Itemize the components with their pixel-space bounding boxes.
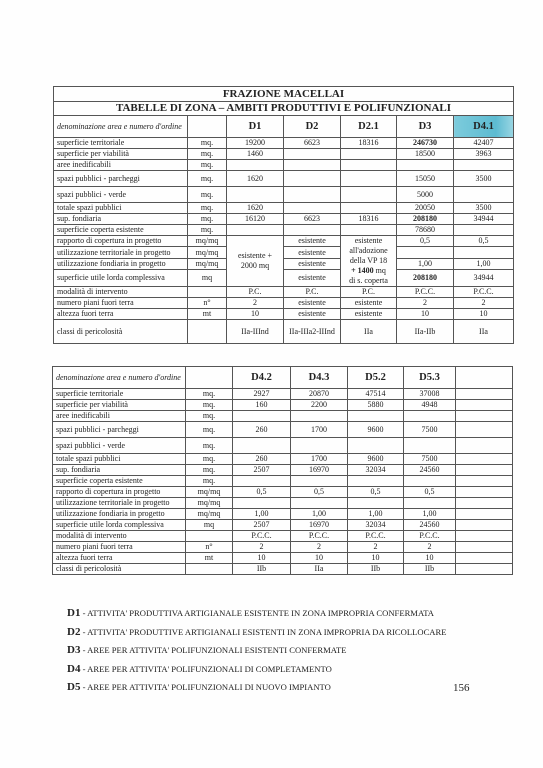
cell-d5-3 [404, 411, 456, 422]
cell-d1 [227, 160, 284, 171]
row-label: modalità di intervento [54, 287, 188, 298]
table-row-classi-di-pericolosit: classi di pericolositàIIa-IIIndIIa-IIIa2… [54, 320, 514, 344]
cell-d5-2: 9600 [348, 422, 404, 438]
table-row-superficie-coperta-esistente: superficie coperta esistentemq.78680 [54, 225, 514, 236]
cell-d4-2: IIb [233, 564, 291, 575]
zone-legend: D1 - ATTIVITA' PRODUTTIVA ARTIGIANALE ES… [67, 604, 447, 697]
cell-d3 [397, 247, 454, 258]
cell-d5-2: 2 [348, 542, 404, 553]
legend-code: D1 [67, 607, 80, 619]
column-header-d4-3: D4.3 [291, 367, 348, 389]
cell-d5-2: 1,00 [348, 509, 404, 520]
row-unit [186, 531, 233, 542]
cell-empty [456, 520, 513, 531]
cell-d2: esistente [284, 258, 341, 269]
cell-d1: 2 [227, 298, 284, 309]
zone-table-2: denominazione area e numero d'ordine D4.… [52, 366, 513, 575]
row-label: sup. fondiaria [53, 465, 186, 476]
row-unit: mq/mq [188, 247, 227, 258]
cell-d4-1: IIa [454, 320, 514, 344]
row-unit: mq [188, 270, 227, 287]
cell-d4-2: 260 [233, 454, 291, 465]
merged-cell-d2-1: esistenteall'adozionedella VP 18+ 1400 m… [341, 236, 397, 287]
row-unit [188, 320, 227, 344]
row-unit: mt [186, 553, 233, 564]
cell-empty [456, 542, 513, 553]
cell-d2 [284, 187, 341, 203]
row-label: altezza fuori terra [53, 553, 186, 564]
column-header-d2-1: D2.1 [341, 116, 397, 138]
cell-d5-2 [348, 498, 404, 509]
table-row-superficie-territoriale: superficie territorialemq.19200662318316… [54, 138, 514, 149]
column-header-d2: D2 [284, 116, 341, 138]
cell-d3: 5000 [397, 187, 454, 203]
row-label: altezza fuori terra [54, 309, 188, 320]
legend-item-d3: D3 - AREE PER ATTIVITA' POLIFUNZIONALI E… [67, 641, 447, 660]
row-unit: mq. [188, 225, 227, 236]
cell-empty [456, 389, 513, 400]
cell-empty [456, 531, 513, 542]
table-row-altezza-fuori-terra: altezza fuori terramt10esistenteesistent… [54, 309, 514, 320]
column-header-label: denominazione area e numero d'ordine [53, 367, 186, 389]
cell-d5-3 [404, 498, 456, 509]
cell-d2-1 [341, 171, 397, 187]
cell-d4-3: 10 [291, 553, 348, 564]
cell-d5-2: 32034 [348, 520, 404, 531]
cell-d3: 208180 [397, 270, 454, 287]
cell-d5-2: 5880 [348, 400, 404, 411]
cell-d4-2: 2507 [233, 520, 291, 531]
legend-code: D3 [67, 644, 80, 656]
cell-d2 [284, 160, 341, 171]
cell-d4-1: 42407 [454, 138, 514, 149]
cell-d4-3: 0,5 [291, 487, 348, 498]
cell-empty [456, 476, 513, 487]
row-label: spazi pubblici - parcheggi [54, 171, 188, 187]
column-header-d4-1: D4.1 [454, 116, 514, 138]
row-label: numero piani fuori terra [54, 298, 188, 309]
cell-d5-3: 24560 [404, 465, 456, 476]
cell-d5-3: 0,5 [404, 487, 456, 498]
cell-d2-1 [341, 160, 397, 171]
table-row-modalit-di-intervento: modalità di interventoP.C.P.C.P.C.P.C.C.… [54, 287, 514, 298]
cell-d2 [284, 203, 341, 214]
cell-d2-1 [341, 203, 397, 214]
cell-d2-1 [341, 149, 397, 160]
row-label: spazi pubblici - verde [54, 187, 188, 203]
cell-d2: esistente [284, 236, 341, 247]
cell-d3: 78680 [397, 225, 454, 236]
column-header-empty [456, 367, 513, 389]
cell-d2: esistente [284, 298, 341, 309]
row-label: numero piani fuori terra [53, 542, 186, 553]
cell-d2-1: 18316 [341, 214, 397, 225]
cell-d3: 246730 [397, 138, 454, 149]
table-row-aree-inedificabili: aree inedificabilimq. [53, 411, 513, 422]
cell-empty [456, 509, 513, 520]
table-row-superficie-coperta-esistente: superficie coperta esistentemq. [53, 476, 513, 487]
cell-d4-2: 260 [233, 422, 291, 438]
cell-d3: 0,5 [397, 236, 454, 247]
cell-d2: P.C. [284, 287, 341, 298]
row-unit: mq. [186, 400, 233, 411]
legend-code: D4 [67, 663, 80, 675]
cell-d3: 2 [397, 298, 454, 309]
cell-d4-3: 2 [291, 542, 348, 553]
cell-d3: 15050 [397, 171, 454, 187]
cell-d4-2 [233, 411, 291, 422]
table-row-sup-fondiaria: sup. fondiariamq.2507169703203424560 [53, 465, 513, 476]
cell-d4-3: 20870 [291, 389, 348, 400]
cell-d4-1: 34944 [454, 270, 514, 287]
table-row-sup-fondiaria: sup. fondiariamq.16120662318316208180349… [54, 214, 514, 225]
cell-d3: 1,00 [397, 258, 454, 269]
cell-empty [456, 498, 513, 509]
cell-empty [456, 454, 513, 465]
cell-d5-2: 10 [348, 553, 404, 564]
cell-d2-1: 18316 [341, 138, 397, 149]
row-unit: mq. [186, 465, 233, 476]
cell-empty [456, 400, 513, 411]
row-unit: mq. [188, 160, 227, 171]
cell-d4-3 [291, 498, 348, 509]
column-header-d5-3: D5.3 [404, 367, 456, 389]
row-label: totale spazi pubblici [54, 203, 188, 214]
document-title: FRAZIONE MACELLAI [54, 87, 514, 102]
document-page: FRAZIONE MACELLAI TABELLE DI ZONA – AMBI… [0, 0, 543, 768]
table-row-utilizzazione-fondiaria-in-progetto: utilizzazione fondiaria in progettomq/mq… [53, 509, 513, 520]
cell-d1: 1460 [227, 149, 284, 160]
table-row-numero-piani-fuori-terra: numero piani fuori terran°2esistenteesis… [54, 298, 514, 309]
cell-d4-3: 16970 [291, 465, 348, 476]
row-label: aree inedificabili [53, 411, 186, 422]
column-header-d4-2: D4.2 [233, 367, 291, 389]
table-row-totale-spazi-pubblici: totale spazi pubblicimq.1620200503500 [54, 203, 514, 214]
cell-d1: 10 [227, 309, 284, 320]
row-label: modalità di intervento [53, 531, 186, 542]
cell-d2-1 [341, 187, 397, 203]
cell-d2: esistente [284, 247, 341, 258]
cell-d4-3: P.C.C. [291, 531, 348, 542]
merged-line: della VP 18 [343, 256, 394, 266]
cell-empty [456, 564, 513, 575]
cell-d5-3: P.C.C. [404, 531, 456, 542]
row-unit: mq/mq [186, 509, 233, 520]
row-unit: mq. [188, 171, 227, 187]
cell-d2-1: IIa [341, 320, 397, 344]
cell-d4-1: 34944 [454, 214, 514, 225]
row-unit: mq/mq [186, 498, 233, 509]
cell-d4-3 [291, 476, 348, 487]
table-row-utilizzazione-fondiaria-in-progetto: utilizzazione fondiaria in progettomq/mq… [54, 258, 514, 269]
row-unit: mq. [186, 438, 233, 454]
legend-text: - ATTIVITA' PRODUTTIVA ARTIGIANALE ESIST… [80, 608, 434, 618]
row-label: classi di pericolosità [53, 564, 186, 575]
cell-d4-2 [233, 498, 291, 509]
cell-d4-2: 2927 [233, 389, 291, 400]
legend-text: - AREE PER ATTIVITA' POLIFUNZIONALI DI N… [80, 682, 330, 692]
cell-d5-3 [404, 438, 456, 454]
cell-d4-2: 2507 [233, 465, 291, 476]
cell-d3: 208180 [397, 214, 454, 225]
cell-d4-3: 2200 [291, 400, 348, 411]
table-row-superficie-per-viabilit: superficie per viabilitàmq.1602200588049… [53, 400, 513, 411]
table-row-superficie-territoriale: superficie territorialemq.29272087047514… [53, 389, 513, 400]
row-unit: n° [188, 298, 227, 309]
table-row-spazi-pubblici-verde: spazi pubblici - verdemq. [53, 438, 513, 454]
cell-d5-3: 7500 [404, 422, 456, 438]
cell-d4-1: 3500 [454, 171, 514, 187]
cell-d5-3 [404, 476, 456, 487]
cell-empty [456, 422, 513, 438]
cell-d4-1 [454, 187, 514, 203]
column-header-label: denominazione area e numero d'ordine [54, 116, 188, 138]
row-label: superficie utile lorda complessiva [53, 520, 186, 531]
cell-d4-1 [454, 225, 514, 236]
row-label: rapporto di copertura in progetto [53, 487, 186, 498]
cell-d4-3: 1700 [291, 454, 348, 465]
cell-d1 [227, 225, 284, 236]
row-label: utilizzazione territoriale in progetto [53, 498, 186, 509]
merged-line: + 1400 mq [343, 266, 394, 276]
cell-d4-1: 10 [454, 309, 514, 320]
row-label: superficie coperta esistente [54, 225, 188, 236]
merged-line: di s. coperta [343, 276, 394, 286]
cell-d2 [284, 171, 341, 187]
cell-d4-1 [454, 247, 514, 258]
cell-d5-2: P.C.C. [348, 531, 404, 542]
table-row-aree-inedificabili: aree inedificabilimq. [54, 160, 514, 171]
cell-d4-3: 1700 [291, 422, 348, 438]
cell-d4-3: 1,00 [291, 509, 348, 520]
cell-d5-2: 32034 [348, 465, 404, 476]
row-label: superficie per viabilità [53, 400, 186, 411]
cell-d3: IIa-IIb [397, 320, 454, 344]
cell-d4-3 [291, 411, 348, 422]
legend-code: D2 [67, 626, 80, 638]
cell-empty [456, 411, 513, 422]
row-label: superficie per viabilità [54, 149, 188, 160]
row-label: utilizzazione fondiaria in progetto [53, 509, 186, 520]
cell-d2-1: esistente [341, 309, 397, 320]
cell-d1: 1620 [227, 171, 284, 187]
cell-d5-2 [348, 476, 404, 487]
merged-cell-d1: esistente + 2000 mq [227, 236, 284, 287]
cell-d3: 10 [397, 309, 454, 320]
cell-d5-3: 4948 [404, 400, 456, 411]
cell-d4-2: 160 [233, 400, 291, 411]
cell-d4-1: P.C.C. [454, 287, 514, 298]
cell-d4-1: 2 [454, 298, 514, 309]
row-unit: mq. [186, 422, 233, 438]
row-label: totale spazi pubblici [53, 454, 186, 465]
legend-item-d1: D1 - ATTIVITA' PRODUTTIVA ARTIGIANALE ES… [67, 604, 447, 623]
cell-d5-3: 2 [404, 542, 456, 553]
legend-item-d2: D2 - ATTIVITA' PRODUTTIVE ARTIGIANALI ES… [67, 623, 447, 642]
table-row-rapporto-di-copertura-in-progetto: rapporto di copertura in progettomq/mqes… [54, 236, 514, 247]
cell-d4-2: P.C.C. [233, 531, 291, 542]
cell-d1: 1620 [227, 203, 284, 214]
cell-d2: esistente [284, 270, 341, 287]
cell-d4-2 [233, 476, 291, 487]
row-label: superficie coperta esistente [53, 476, 186, 487]
row-unit: mq. [186, 389, 233, 400]
table-row-altezza-fuori-terra: altezza fuori terramt10101010 [53, 553, 513, 564]
cell-d3: 20050 [397, 203, 454, 214]
cell-d3: 18500 [397, 149, 454, 160]
cell-d4-2: 10 [233, 553, 291, 564]
cell-d4-3: IIa [291, 564, 348, 575]
merged-line: esistente [343, 236, 394, 246]
cell-d2-1: P.C. [341, 287, 397, 298]
cell-d2-1 [341, 225, 397, 236]
row-unit: mq/mq [188, 236, 227, 247]
cell-d5-3: 24560 [404, 520, 456, 531]
cell-d4-2: 0,5 [233, 487, 291, 498]
cell-d2 [284, 149, 341, 160]
page-number: 156 [453, 682, 470, 694]
table-row-spazi-pubblici-verde: spazi pubblici - verdemq.5000 [54, 187, 514, 203]
row-label: spazi pubblici - parcheggi [53, 422, 186, 438]
row-label: utilizzazione fondiaria in progetto [54, 258, 188, 269]
row-unit: mq [186, 520, 233, 531]
cell-d5-3: 1,00 [404, 509, 456, 520]
cell-d1: P.C. [227, 287, 284, 298]
cell-d4-1 [454, 160, 514, 171]
cell-d4-2: 1,00 [233, 509, 291, 520]
cell-d2: esistente [284, 309, 341, 320]
cell-d2: 6623 [284, 138, 341, 149]
cell-d3: P.C.C. [397, 287, 454, 298]
legend-text: - ATTIVITA' PRODUTTIVE ARTIGIANALI ESIST… [80, 627, 446, 637]
cell-d4-1: 0,5 [454, 236, 514, 247]
row-unit: mq. [188, 149, 227, 160]
row-unit: mt [188, 309, 227, 320]
row-label: sup. fondiaria [54, 214, 188, 225]
cell-d4-2 [233, 438, 291, 454]
table-row-utilizzazione-territoriale-in-progetto: utilizzazione territoriale in progettomq… [54, 247, 514, 258]
row-label: superficie territoriale [54, 138, 188, 149]
legend-item-d4: D4 - AREE PER ATTIVITA' POLIFUNZIONALI D… [67, 660, 447, 679]
cell-d5-2: 9600 [348, 454, 404, 465]
row-unit: mq/mq [186, 487, 233, 498]
column-header-d1: D1 [227, 116, 284, 138]
row-label: superficie territoriale [53, 389, 186, 400]
legend-text: - AREE PER ATTIVITA' POLIFUNZIONALI ESIS… [80, 645, 346, 655]
cell-d5-2 [348, 411, 404, 422]
row-unit [186, 564, 233, 575]
row-label: spazi pubblici - verde [53, 438, 186, 454]
column-header-unit [188, 116, 227, 138]
cell-empty [456, 487, 513, 498]
cell-d5-3: IIb [404, 564, 456, 575]
cell-d4-3 [291, 438, 348, 454]
legend-code: D5 [67, 681, 80, 693]
table-row-classi-di-pericolosit: classi di pericolositàIIbIIaIIbIIb [53, 564, 513, 575]
cell-d2-1: esistente [341, 298, 397, 309]
cell-empty [456, 553, 513, 564]
table-row-modalit-di-intervento: modalità di interventoP.C.C.P.C.C.P.C.C.… [53, 531, 513, 542]
cell-d1: IIa-IIInd [227, 320, 284, 344]
zone-table-1: FRAZIONE MACELLAI TABELLE DI ZONA – AMBI… [53, 86, 514, 344]
cell-d1: 16120 [227, 214, 284, 225]
cell-d2 [284, 225, 341, 236]
column-header-unit [186, 367, 233, 389]
row-label: superficie utile lorda complessiva [54, 270, 188, 287]
cell-d5-3: 7500 [404, 454, 456, 465]
cell-empty [456, 438, 513, 454]
cell-d2: IIa-IIIa2-IIInd [284, 320, 341, 344]
table-row-totale-spazi-pubblici: totale spazi pubblicimq.260170096007500 [53, 454, 513, 465]
row-label: utilizzazione territoriale in progetto [54, 247, 188, 258]
row-unit: n° [186, 542, 233, 553]
row-label: rapporto di copertura in progetto [54, 236, 188, 247]
table-row-numero-piani-fuori-terra: numero piani fuori terran°2222 [53, 542, 513, 553]
table-row-superficie-utile-lorda-complessiva: superficie utile lorda complessivamqesis… [54, 270, 514, 287]
cell-d2: 6623 [284, 214, 341, 225]
table-row-superficie-per-viabilit: superficie per viabilitàmq.1460185003963 [54, 149, 514, 160]
row-unit: mq. [188, 138, 227, 149]
row-unit: mq. [186, 476, 233, 487]
merged-rest: mq [374, 266, 386, 275]
row-label: aree inedificabili [54, 160, 188, 171]
table-row-utilizzazione-territoriale-in-progetto: utilizzazione territoriale in progettomq… [53, 498, 513, 509]
row-unit: mq. [188, 203, 227, 214]
cell-d5-2: 0,5 [348, 487, 404, 498]
legend-item-d5: D5 - AREE PER ATTIVITA' POLIFUNZIONALI D… [67, 678, 447, 697]
row-unit [188, 287, 227, 298]
table-row-rapporto-di-copertura-in-progetto: rapporto di copertura in progettomq/mq0,… [53, 487, 513, 498]
legend-text: - AREE PER ATTIVITA' POLIFUNZIONALI DI C… [80, 664, 331, 674]
table-row-superficie-utile-lorda-complessiva: superficie utile lorda complessivamq2507… [53, 520, 513, 531]
cell-d3 [397, 160, 454, 171]
cell-d5-2: IIb [348, 564, 404, 575]
cell-d1: 19200 [227, 138, 284, 149]
cell-empty [456, 465, 513, 476]
table-row-spazi-pubblici-parcheggi: spazi pubblici - parcheggimq.16201505035… [54, 171, 514, 187]
row-unit: mq. [186, 411, 233, 422]
document-subtitle: TABELLE DI ZONA – AMBITI PRODUTTIVI E PO… [54, 102, 514, 116]
cell-d5-3: 37008 [404, 389, 456, 400]
cell-d5-2: 47514 [348, 389, 404, 400]
merged-bold: + 1400 [351, 266, 374, 275]
row-unit: mq. [188, 214, 227, 225]
cell-d1 [227, 187, 284, 203]
cell-d4-2: 2 [233, 542, 291, 553]
cell-d4-1: 1,00 [454, 258, 514, 269]
cell-d5-2 [348, 438, 404, 454]
row-unit: mq/mq [188, 258, 227, 269]
row-label: classi di pericolosità [54, 320, 188, 344]
cell-d4-3: 16970 [291, 520, 348, 531]
cell-d5-3: 10 [404, 553, 456, 564]
row-unit: mq. [186, 454, 233, 465]
cell-d4-1: 3963 [454, 149, 514, 160]
column-header-d3: D3 [397, 116, 454, 138]
table-row-spazi-pubblici-parcheggi: spazi pubblici - parcheggimq.26017009600… [53, 422, 513, 438]
cell-d4-1: 3500 [454, 203, 514, 214]
merged-line: all'adozione [343, 246, 394, 256]
column-header-d5-2: D5.2 [348, 367, 404, 389]
row-unit: mq. [188, 187, 227, 203]
